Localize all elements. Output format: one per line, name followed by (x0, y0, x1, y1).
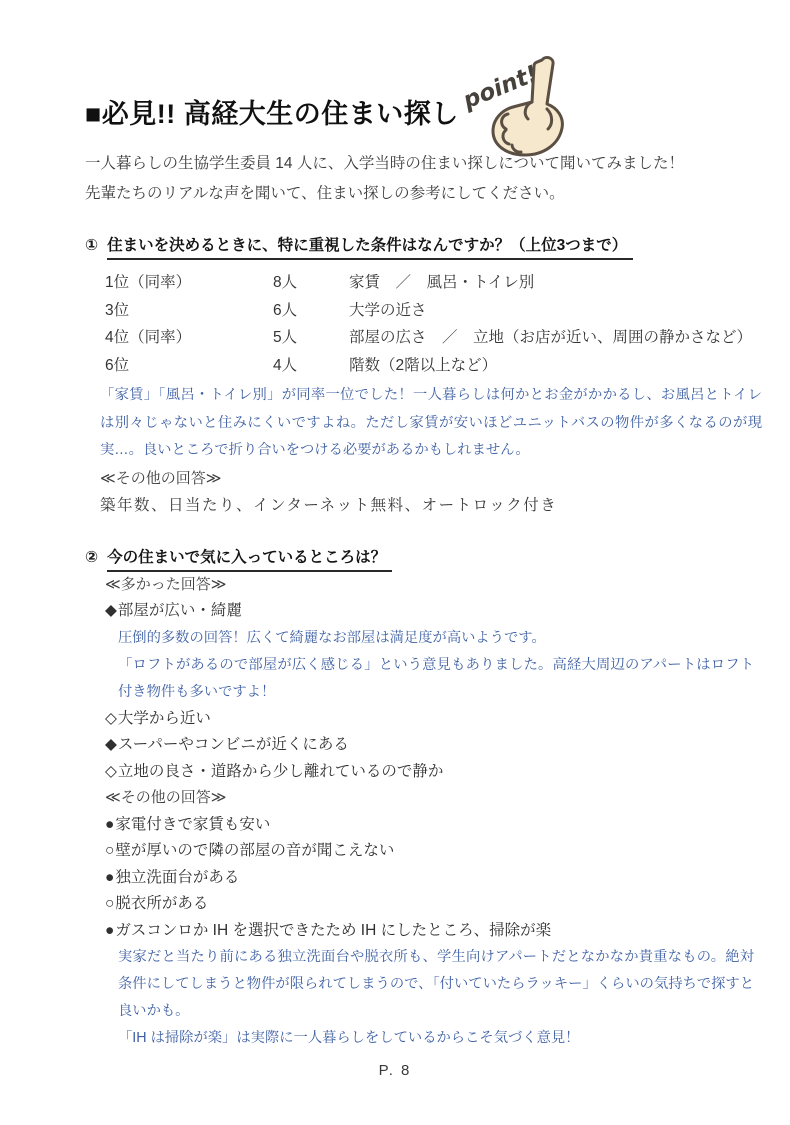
editor-comment: 圧倒的多数の回答！広くて綺麗なお部屋は満足度が高いようです。 (118, 625, 754, 652)
filled-diamond-icon: ◆ (105, 736, 117, 753)
answer-text: 部屋が広い・綺麗 (118, 602, 242, 619)
editor-comment: 「ロフトがあるので部屋が広く感じる」という意見もありました。高経大周辺のアパート… (118, 652, 754, 706)
item-cell: 大学の近さ (349, 297, 750, 325)
answer-text: 脱衣所がある (115, 895, 208, 912)
table-row: 3位 6人 大学の近さ (105, 297, 750, 325)
section-question-2: ② 今の住まいで気に入っているところは？ ≪多かった回答≫ ◆部屋が広い・綺麗 … (85, 546, 750, 1053)
list-item: ○脱衣所がある (105, 891, 750, 918)
answer-text: 壁が厚いので隣の部屋の音が聞こえない (115, 842, 394, 859)
list-item: ○壁が厚いので隣の部屋の音が聞こえない (105, 838, 750, 865)
section-1-number: ① (85, 234, 98, 257)
table-row: 1位（同率） 8人 家賃 ／ 風呂・トイレ別 (105, 269, 750, 297)
open-diamond-icon: ◇ (105, 763, 117, 780)
page-number: P. 8 (0, 1062, 790, 1079)
intro-text: 一人暮らしの生協学生委員 14 人に、入学当時の住まい探しについて聞いてみました… (85, 149, 750, 209)
section-question-1: ① 住まいを決めるときに、特に重視した条件はなんですか？（上位3つまで） 1位（… (85, 234, 750, 520)
others-label: ≪その他の回答≫ (100, 465, 750, 493)
section-2-heading: 今の住まいで気に入っているところは？ (107, 546, 392, 572)
count-cell: 4人 (273, 352, 349, 380)
answer-text: 大学から近い (118, 710, 211, 727)
section-1-heading: 住まいを決めるときに、特に重視した条件はなんですか？（上位3つまで） (107, 234, 633, 260)
page-content: ■必見!! 高経大生の住まい探し 一人暮らしの生協学生委員 14 人に、入学当時… (0, 0, 790, 1052)
list-item: ◇大学から近い (105, 706, 750, 733)
intro-line-1: 一人暮らしの生協学生委員 14 人に、入学当時の住まい探しについて聞いてみました… (85, 149, 750, 179)
others-answers: 築年数、日当たり、インターネット無料、オートロック付き (100, 492, 750, 520)
table-row: 6位 4人 階数（2階以上など） (105, 352, 750, 380)
list-item: ●家電付きで家賃も安い (105, 812, 750, 839)
popular-answers-label: ≪多かった回答≫ (105, 572, 750, 599)
filled-circle-icon: ● (105, 869, 114, 886)
list-item: ●独立洗面台がある (105, 865, 750, 892)
ranking-table: 1位（同率） 8人 家賃 ／ 風呂・トイレ別 3位 6人 大学の近さ 4位（同率… (105, 269, 750, 379)
answer-text: 家電付きで家賃も安い (115, 816, 270, 833)
editor-comment: 「IH は掃除が楽」は実際に一人暮らしをしているからこそ気づく意見！ (118, 1025, 754, 1052)
page-title: ■必見!! 高経大生の住まい探し (85, 95, 750, 133)
answer-text: スーパーやコンビニが近くにある (118, 736, 349, 753)
others-label: ≪その他の回答≫ (105, 785, 750, 812)
open-circle-icon: ○ (105, 895, 114, 912)
intro-line-2: 先輩たちのリアルな声を聞いて、住まい探しの参考にしてください。 (85, 179, 750, 209)
filled-diamond-icon: ◆ (105, 602, 117, 619)
section-2-number: ② (85, 546, 98, 569)
table-row: 4位（同率） 5人 部屋の広さ ／ 立地（お店が近い、周囲の静かさなど） (105, 324, 750, 352)
list-item: ◆部屋が広い・綺麗 (105, 598, 750, 625)
count-cell: 8人 (273, 269, 349, 297)
rank-cell: 1位（同率） (105, 269, 273, 297)
item-cell: 階数（2階以上など） (349, 352, 750, 380)
point-hand-icon: point! (458, 50, 574, 162)
editor-comment: 「家賃」「風呂・トイレ別」が同率一位でした！一人暮らしは何かとお金がかかるし、お… (100, 382, 762, 465)
answer-text: 独立洗面台がある (115, 869, 239, 886)
list-item: ◇立地の良さ・道路から少し離れているので静か (105, 759, 750, 786)
section-2-heading-row: ② 今の住まいで気に入っているところは？ (85, 546, 750, 572)
open-diamond-icon: ◇ (105, 710, 117, 727)
answer-text: ガスコンロか IH を選択できたため IH にしたところ、掃除が楽 (115, 922, 551, 939)
count-cell: 5人 (273, 324, 349, 352)
item-cell: 家賃 ／ 風呂・トイレ別 (349, 269, 750, 297)
answer-text: 立地の良さ・道路から少し離れているので静か (118, 763, 444, 780)
filled-circle-icon: ● (105, 922, 114, 939)
filled-circle-icon: ● (105, 816, 114, 833)
rank-cell: 3位 (105, 297, 273, 325)
count-cell: 6人 (273, 297, 349, 325)
list-item: ◆スーパーやコンビニが近くにある (105, 732, 750, 759)
item-cell: 部屋の広さ ／ 立地（お店が近い、周囲の静かさなど） (349, 324, 750, 352)
editor-comment: 実家だと当たり前にある独立洗面台や脱衣所も、学生向けアパートだとなかなか貴重なも… (118, 944, 754, 1025)
rank-cell: 4位（同率） (105, 324, 273, 352)
section-1-heading-row: ① 住まいを決めるときに、特に重視した条件はなんですか？（上位3つまで） (85, 234, 750, 260)
rank-cell: 6位 (105, 352, 273, 380)
open-circle-icon: ○ (105, 842, 114, 859)
list-item: ●ガスコンロか IH を選択できたため IH にしたところ、掃除が楽 (105, 918, 750, 945)
document-page: point! ■必見!! 高経大生の住まい探し 一人暮らしの生協学生委員 14 … (0, 0, 790, 1125)
